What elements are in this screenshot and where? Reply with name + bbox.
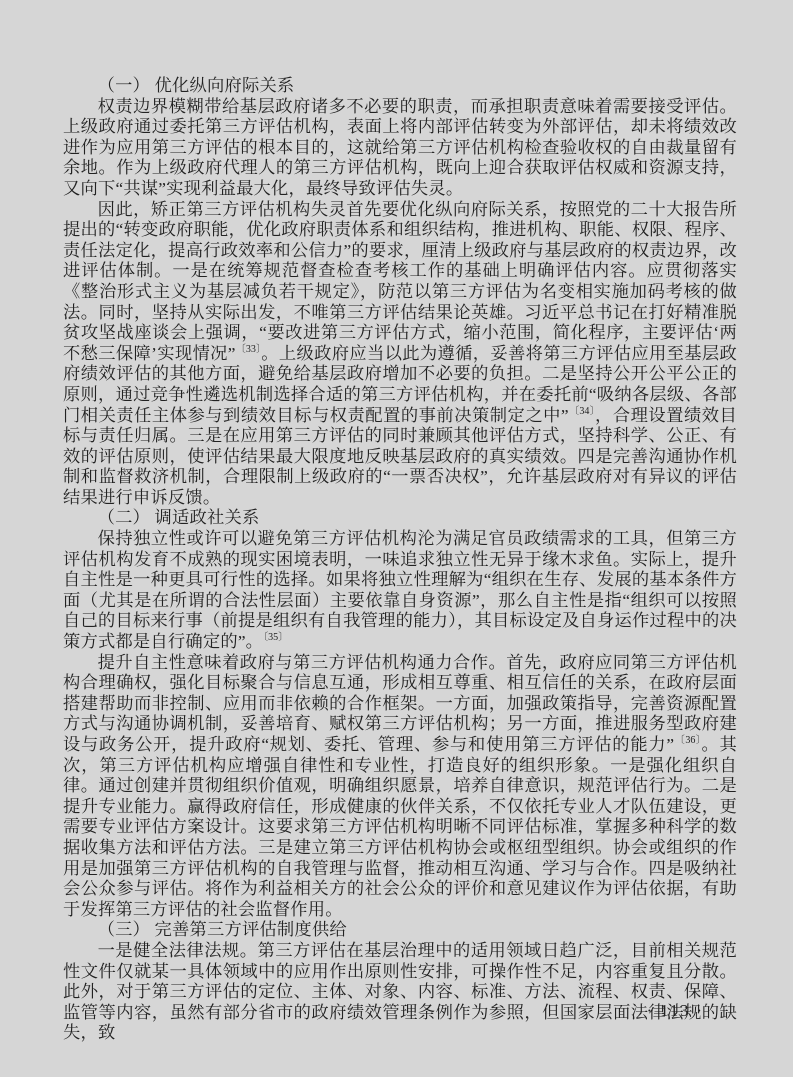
paragraph: 权责边界模糊带给基层政府诸多不必要的职责，而承担职责意味着需要接受评估。上级政府… — [63, 97, 737, 200]
footnote-ref: 〔34〕 — [569, 406, 595, 417]
paragraph: 因此，矫正第三方评估机构失灵首先要优化纵向府际关系，按照党的二十大报告所提出的“… — [63, 200, 737, 509]
section-heading-2: （二） 调适政社关系 — [63, 508, 737, 529]
section-heading-3: （三） 完善第三方评估制度供给 — [63, 920, 737, 941]
footnote-ref: 〔33〕 — [236, 344, 262, 355]
document-page: （一） 优化纵向府际关系权责边界模糊带给基层政府诸多不必要的职责，而承担职责意味… — [0, 0, 793, 1077]
section-heading-1: （一） 优化纵向府际关系 — [63, 76, 737, 97]
footnote-ref: 〔36〕 — [674, 735, 701, 746]
article-body: （一） 优化纵向府际关系权责边界模糊带给基层政府诸多不必要的职责，而承担职责意味… — [63, 76, 737, 1044]
paragraph: 保持独立性或许可以避免第三方评估机构沦为满足官员政绩需求的工具，但第三方评估机构… — [63, 529, 737, 653]
paragraph: 一是健全法律法规。第三方评估在基层治理中的适用领域日趋广泛，目前相关规范性文件仅… — [63, 941, 737, 1044]
page-number: · 113 · — [63, 1001, 704, 1021]
paragraph: 提升自主性意味着政府与第三方评估机构通力合作。首先，政府应同第三方评估机构合理确… — [63, 653, 737, 921]
footnote-ref: 〔35〕 — [263, 632, 288, 643]
